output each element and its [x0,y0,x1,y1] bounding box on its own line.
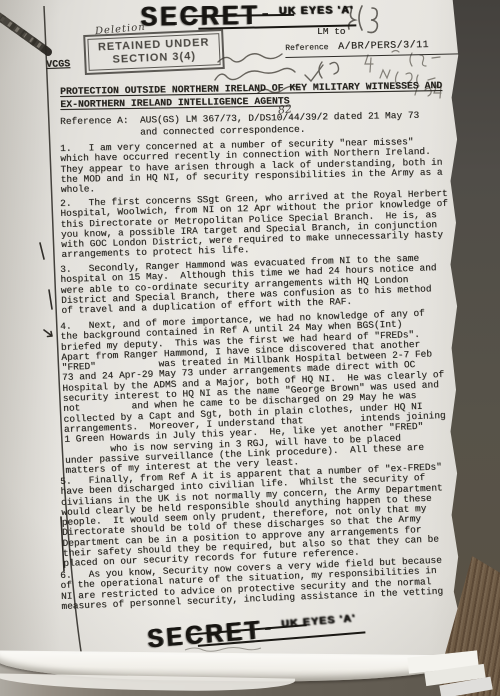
retained-under-stamp: RETAINED UNDER SECTION 3(4) [83,29,225,75]
document-photo: SECRET-UK EYES 'A' Deletion RETAINED UND… [0,0,500,696]
paragraph-1: 1. I am very concerned at a number of se… [60,137,443,196]
reference-number: Reference A/BR/PERS/3/11 [285,33,459,58]
document-title: PROTECTION OUTSIDE NORTHERN IRELAND OF K… [60,80,443,111]
reference-value: A/BR/PERS/3/11 [338,40,429,53]
paragraph-2: 2. The first concerns SSgt Green, who ar… [60,189,449,261]
stamp-dash: - [261,0,269,25]
secret-text: SECRET [146,616,263,655]
document-page: SECRET-UK EYES 'A' Deletion RETAINED UND… [0,0,500,696]
treasury-tag-string [0,13,52,56]
reference-label: Reference [285,43,328,53]
secret-stamp-bottom: SECRET-UK EYES 'A' [146,607,357,654]
reference-a-line: Reference A: AUS(GS) LM 367/73, D/DS10/4… [60,110,420,139]
paragraph-5: 5. Finally, from Ref A it is apparent th… [60,462,445,569]
addressee-vcgs: VCGS [46,59,70,71]
paragraph-3: 3. Secondly, Ranger Hammond was evacuate… [60,253,438,316]
paragraph-4: 4. Next, and of more importance, we had … [60,308,447,476]
